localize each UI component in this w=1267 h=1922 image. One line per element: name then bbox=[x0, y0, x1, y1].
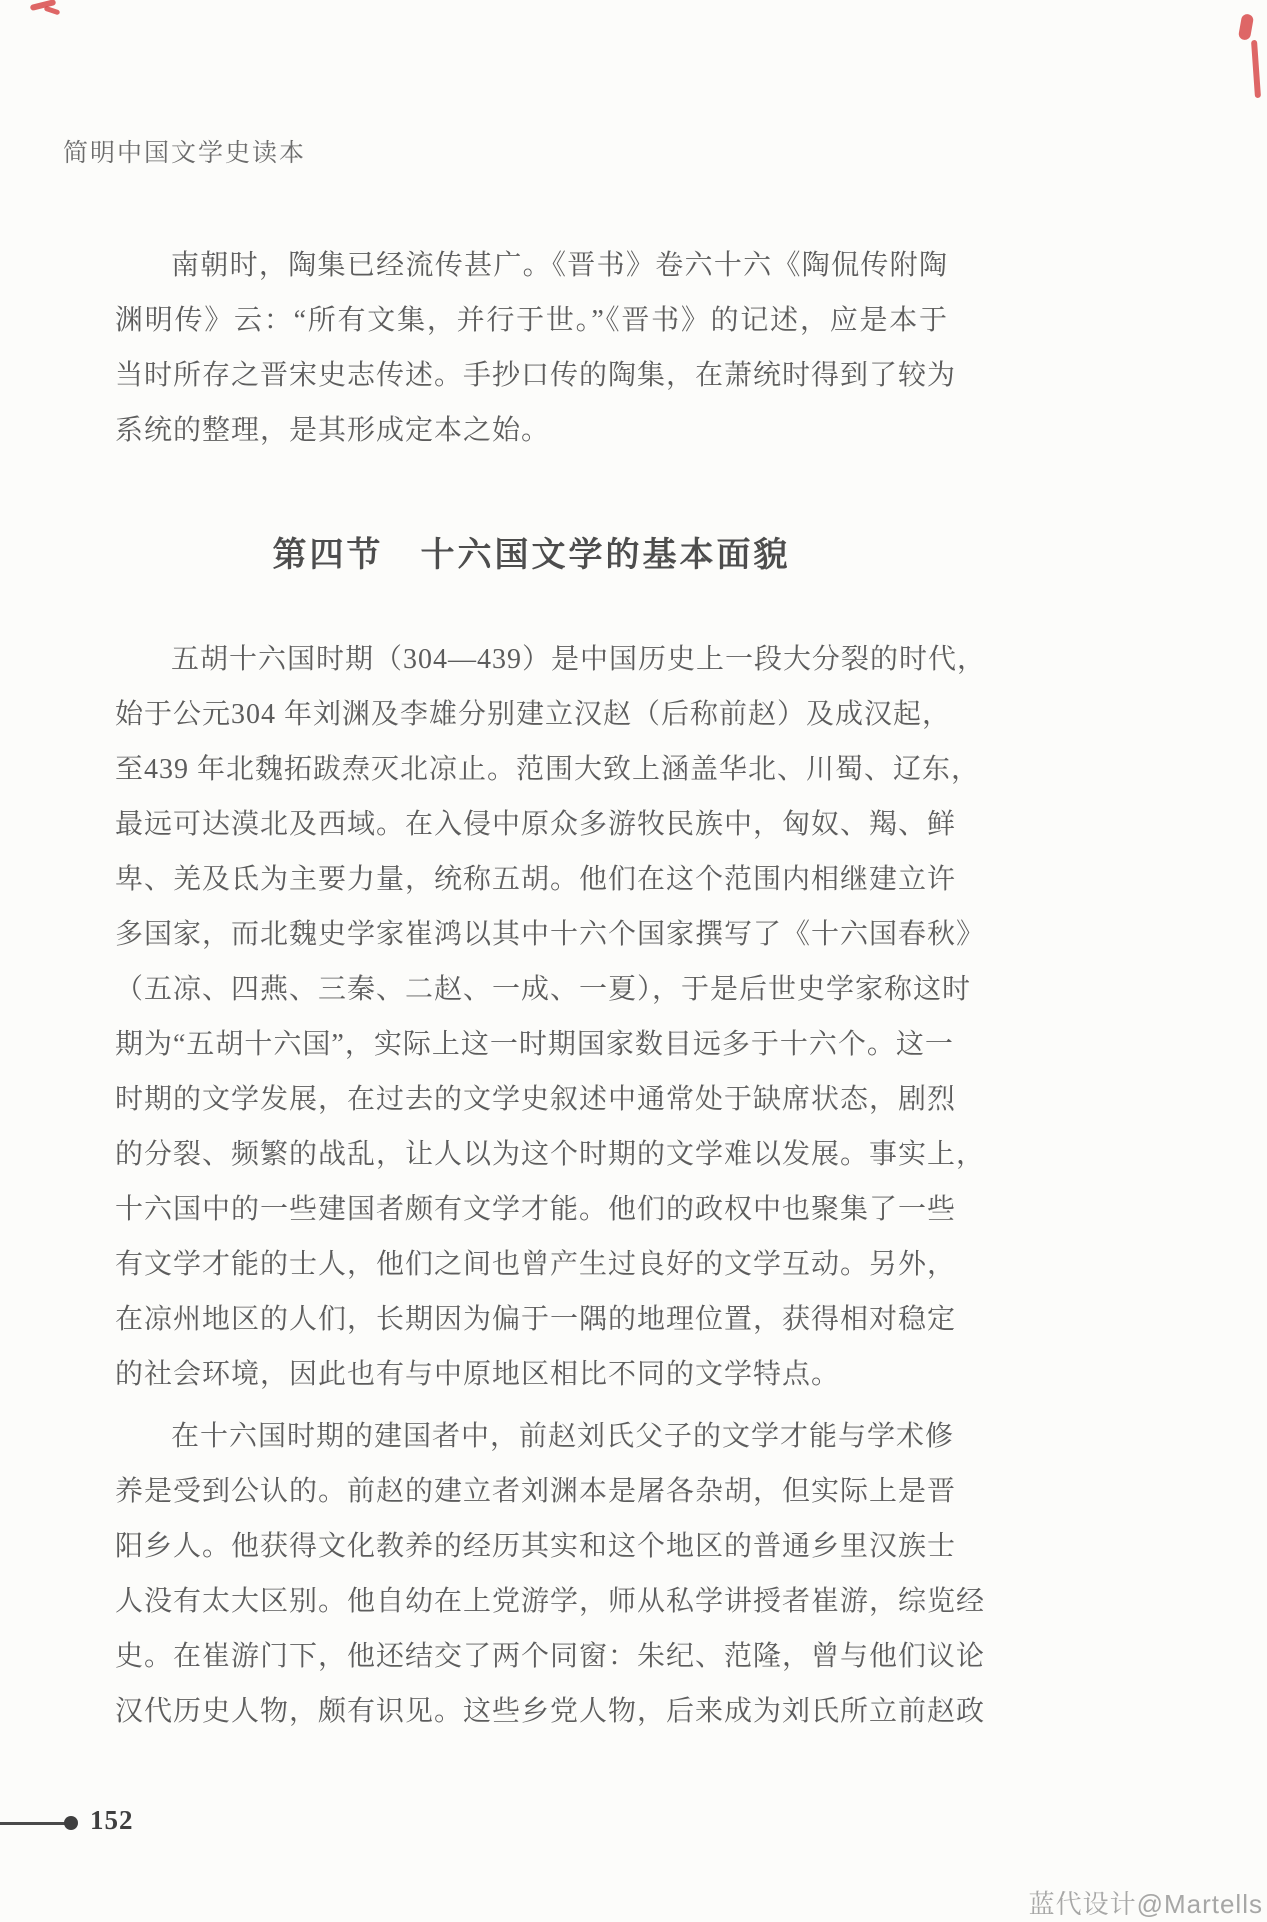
text-line: 多国家，而北魏史学家崔鸿以其中十六个国家撰写了《十六国春秋》 bbox=[115, 907, 948, 962]
paragraph-tao-collection: 南朝时，陶集已经流传甚广。《晋书》卷六十六《陶侃传附陶 渊明传》云：“所有文集，… bbox=[115, 238, 948, 458]
text-line: 养是受到公认的。前赵的建立者刘渊本是屠各杂胡，但实际上是晋 bbox=[115, 1464, 948, 1519]
text-line: 史。在崔游门下，他还结交了两个同窗：朱纪、范隆，曾与他们议论 bbox=[115, 1629, 948, 1684]
text-line: 时期的文学发展，在过去的文学史叙述中通常处于缺席状态，剧烈 bbox=[115, 1072, 948, 1127]
text-line: 始于公元304 年刘渊及李雄分别建立汉赵（后称前赵）及成汉起， bbox=[115, 687, 948, 742]
text-line: 有文学才能的士人，他们之间也曾产生过良好的文学互动。另外， bbox=[115, 1237, 948, 1292]
paragraph-former-zhao-founders: 在十六国时期的建国者中，前赵刘氏父子的文学才能与学术修 养是受到公认的。前赵的建… bbox=[115, 1409, 948, 1739]
text-line: 期为“五胡十六国”，实际上这一时期国家数目远多于十六个。这一 bbox=[115, 1017, 948, 1072]
running-head: 简明中国文学史读本 bbox=[63, 133, 306, 169]
watermark: 蓝代设计@Martells bbox=[1029, 1884, 1263, 1921]
text-line: 十六国中的一些建国者颇有文学才能。他们的政权中也聚集了一些 bbox=[115, 1182, 948, 1237]
book-page: 简明中国文学史读本 南朝时，陶集已经流传甚广。《晋书》卷六十六《陶侃传附陶 渊明… bbox=[0, 0, 1267, 1922]
scan-artifact-top-left-2 bbox=[44, 6, 61, 16]
text-line: 的社会环境，因此也有与中原地区相比不同的文学特点。 bbox=[115, 1347, 948, 1402]
text-line: （五凉、四燕、三秦、二赵、一成、一夏），于是后世史学家称这时 bbox=[115, 962, 948, 1017]
text-line: 在凉州地区的人们，长期因为偏于一隅的地理位置，获得相对稳定 bbox=[115, 1292, 948, 1347]
scan-artifact-top-right bbox=[1238, 13, 1254, 41]
text-line: 在十六国时期的建国者中，前赵刘氏父子的文学才能与学术修 bbox=[115, 1409, 948, 1464]
text-line: 汉代历史人物，颇有识见。这些乡党人物，后来成为刘氏所立前赵政 bbox=[115, 1684, 948, 1739]
paragraph-sixteen-kingdoms-overview: 五胡十六国时期（304—439）是中国历史上一段大分裂的时代， 始于公元304 … bbox=[115, 632, 948, 1402]
text-line: 卑、羌及氐为主要力量，统称五胡。他们在这个范围内相继建立许 bbox=[115, 852, 948, 907]
section-heading: 第四节 十六国文学的基本面貌 bbox=[115, 527, 948, 576]
page-number: 152 bbox=[90, 1805, 134, 1836]
text-line: 至439 年北魏拓跋焘灭北凉止。范围大致上涵盖华北、川蜀、辽东， bbox=[115, 742, 948, 797]
text-line: 的分裂、频繁的战乱，让人以为这个时期的文学难以发展。事实上， bbox=[115, 1127, 948, 1182]
text-line: 最远可达漠北及西域。在入侵中原众多游牧民族中，匈奴、羯、鲜 bbox=[115, 797, 948, 852]
scan-artifact-right-edge bbox=[1251, 40, 1261, 98]
text-line: 人没有太大区别。他自幼在上党游学，师从私学讲授者崔游，综览经 bbox=[115, 1574, 948, 1629]
text-line: 五胡十六国时期（304—439）是中国历史上一段大分裂的时代， bbox=[115, 632, 948, 687]
text-line: 当时所存之晋宋史志传述。手抄口传的陶集，在萧统时得到了较为 bbox=[115, 348, 948, 403]
footer-rule-line bbox=[0, 1822, 66, 1825]
text-line: 系统的整理，是其形成定本之始。 bbox=[115, 403, 948, 458]
text-line: 南朝时，陶集已经流传甚广。《晋书》卷六十六《陶侃传附陶 bbox=[115, 238, 948, 293]
text-line: 渊明传》云：“所有文集，并行于世。”《晋书》的记述，应是本于 bbox=[115, 293, 948, 348]
footer-dot bbox=[64, 1816, 78, 1830]
text-line: 阳乡人。他获得文化教养的经历其实和这个地区的普通乡里汉族士 bbox=[115, 1519, 948, 1574]
